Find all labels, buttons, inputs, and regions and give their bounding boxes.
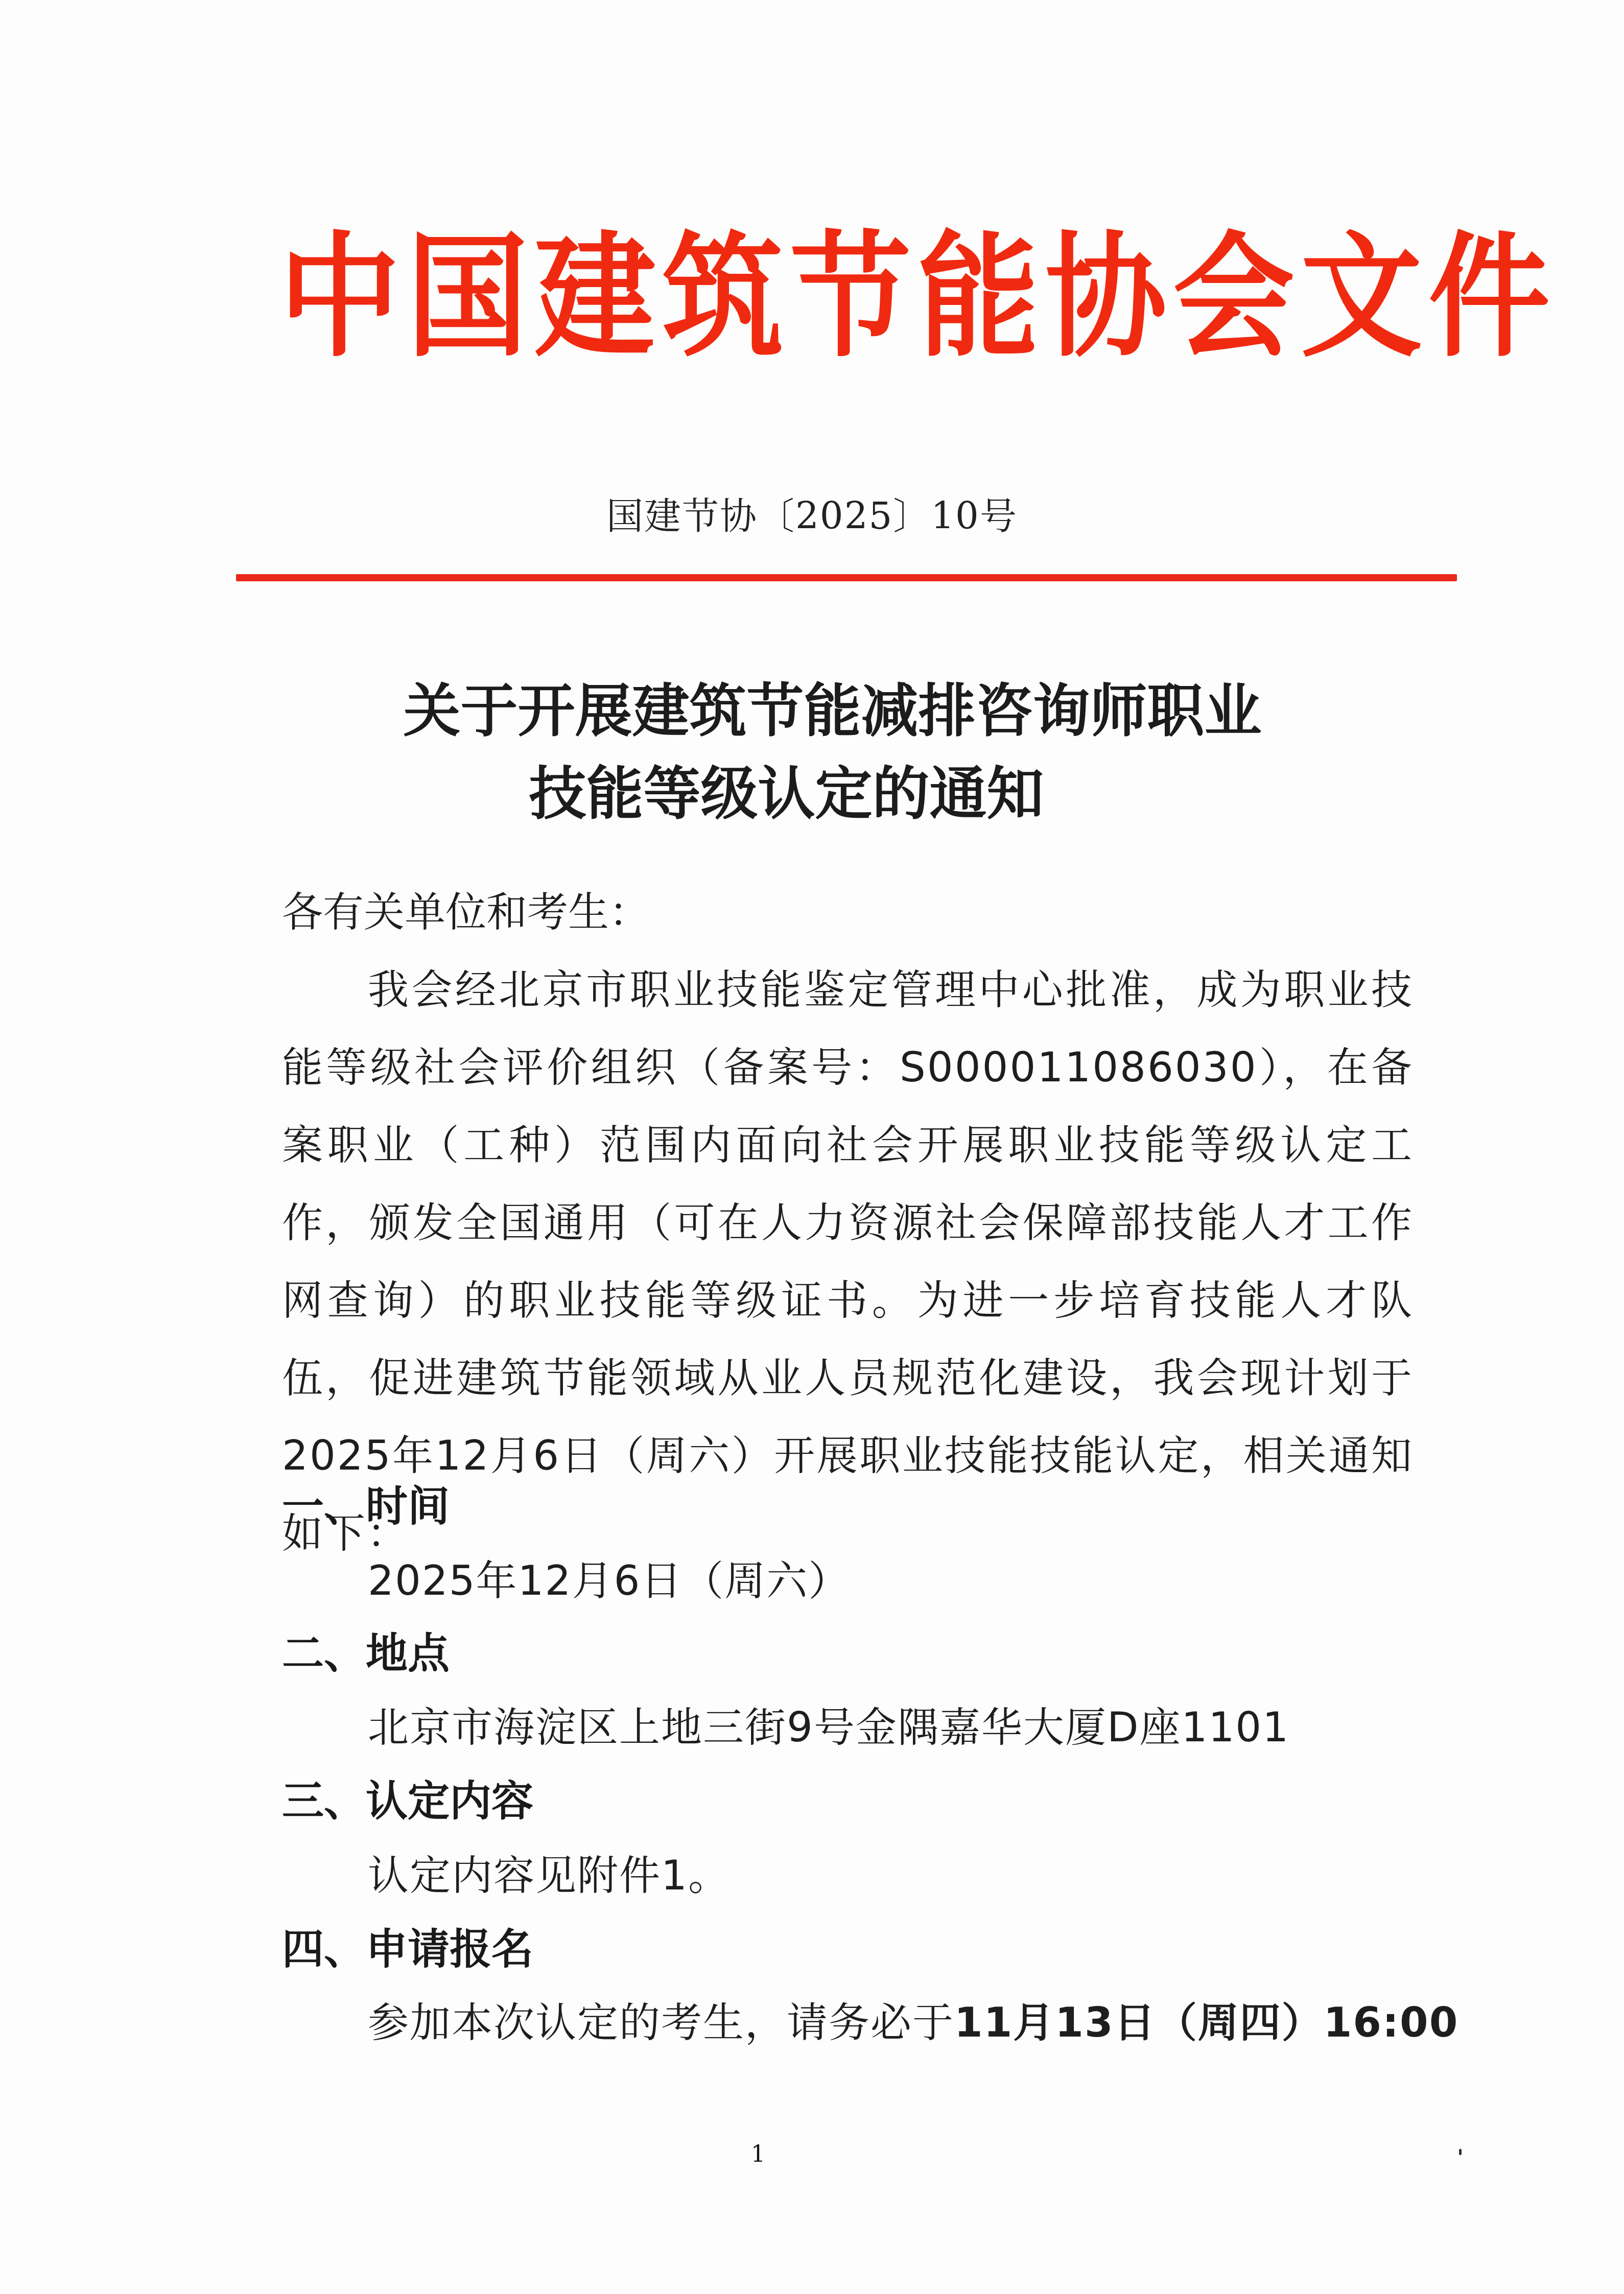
masthead-char: 节 (790, 216, 911, 377)
intro-paragraph: 我会经北京市职业技能鉴定管理中心批准，成为职业技能等级社会评价组织（备案号：S0… (282, 951, 1414, 1572)
section-body-location: 北京市海淀区上地三街9号金隅嘉华大厦D座1101 (368, 1697, 1289, 1758)
masthead-char: 建 (534, 216, 656, 377)
section-body-content: 认定内容见附件1。 (368, 1845, 730, 1906)
masthead-char: 能 (917, 216, 1039, 377)
masthead-char: 件 (1428, 216, 1550, 377)
document-number: 国建节协〔2025〕10号 (0, 490, 1624, 541)
section-heading-location: 二、地点 (282, 1623, 450, 1685)
masthead-char: 协 (1045, 216, 1167, 377)
page-number: 1 (751, 2139, 765, 2170)
scan-speck (1459, 2149, 1462, 2155)
masthead-char: 中 (279, 216, 401, 377)
masthead-title: 中 国 建 筑 节 能 协 会 文 件 (276, 220, 1430, 373)
red-divider-rule (236, 574, 1457, 581)
notice-title-line-2: 技能等级认定的通知 (0, 756, 1598, 833)
section-heading-registration: 四、申请报名 (282, 1919, 533, 1980)
section-body-time: 2025年12月6日（周六） (368, 1550, 850, 1612)
section-heading-content: 三、认定内容 (282, 1771, 533, 1832)
masthead-char: 文 (1301, 216, 1422, 377)
masthead-char: 筑 (662, 216, 784, 377)
section-heading-time: 一、时间 (282, 1476, 450, 1538)
notice-title-line-1: 关于开展建筑节能减排咨询师职业 (20, 673, 1624, 750)
document-page: 中 国 建 筑 节 能 协 会 文 件 国建节协〔2025〕10号 关于开展建筑… (0, 0, 1624, 2294)
masthead-char: 国 (407, 216, 528, 377)
masthead-char: 会 (1173, 216, 1295, 377)
registration-text: 参加本次认定的考生，请务必于 (368, 1999, 954, 2046)
section-body-registration: 参加本次认定的考生，请务必于11月13日（周四）16:00 (368, 1992, 1458, 2053)
salutation: 各有关单位和考生： (282, 873, 1414, 951)
registration-deadline: 11月13日（周四）16:00 (954, 1999, 1458, 2046)
